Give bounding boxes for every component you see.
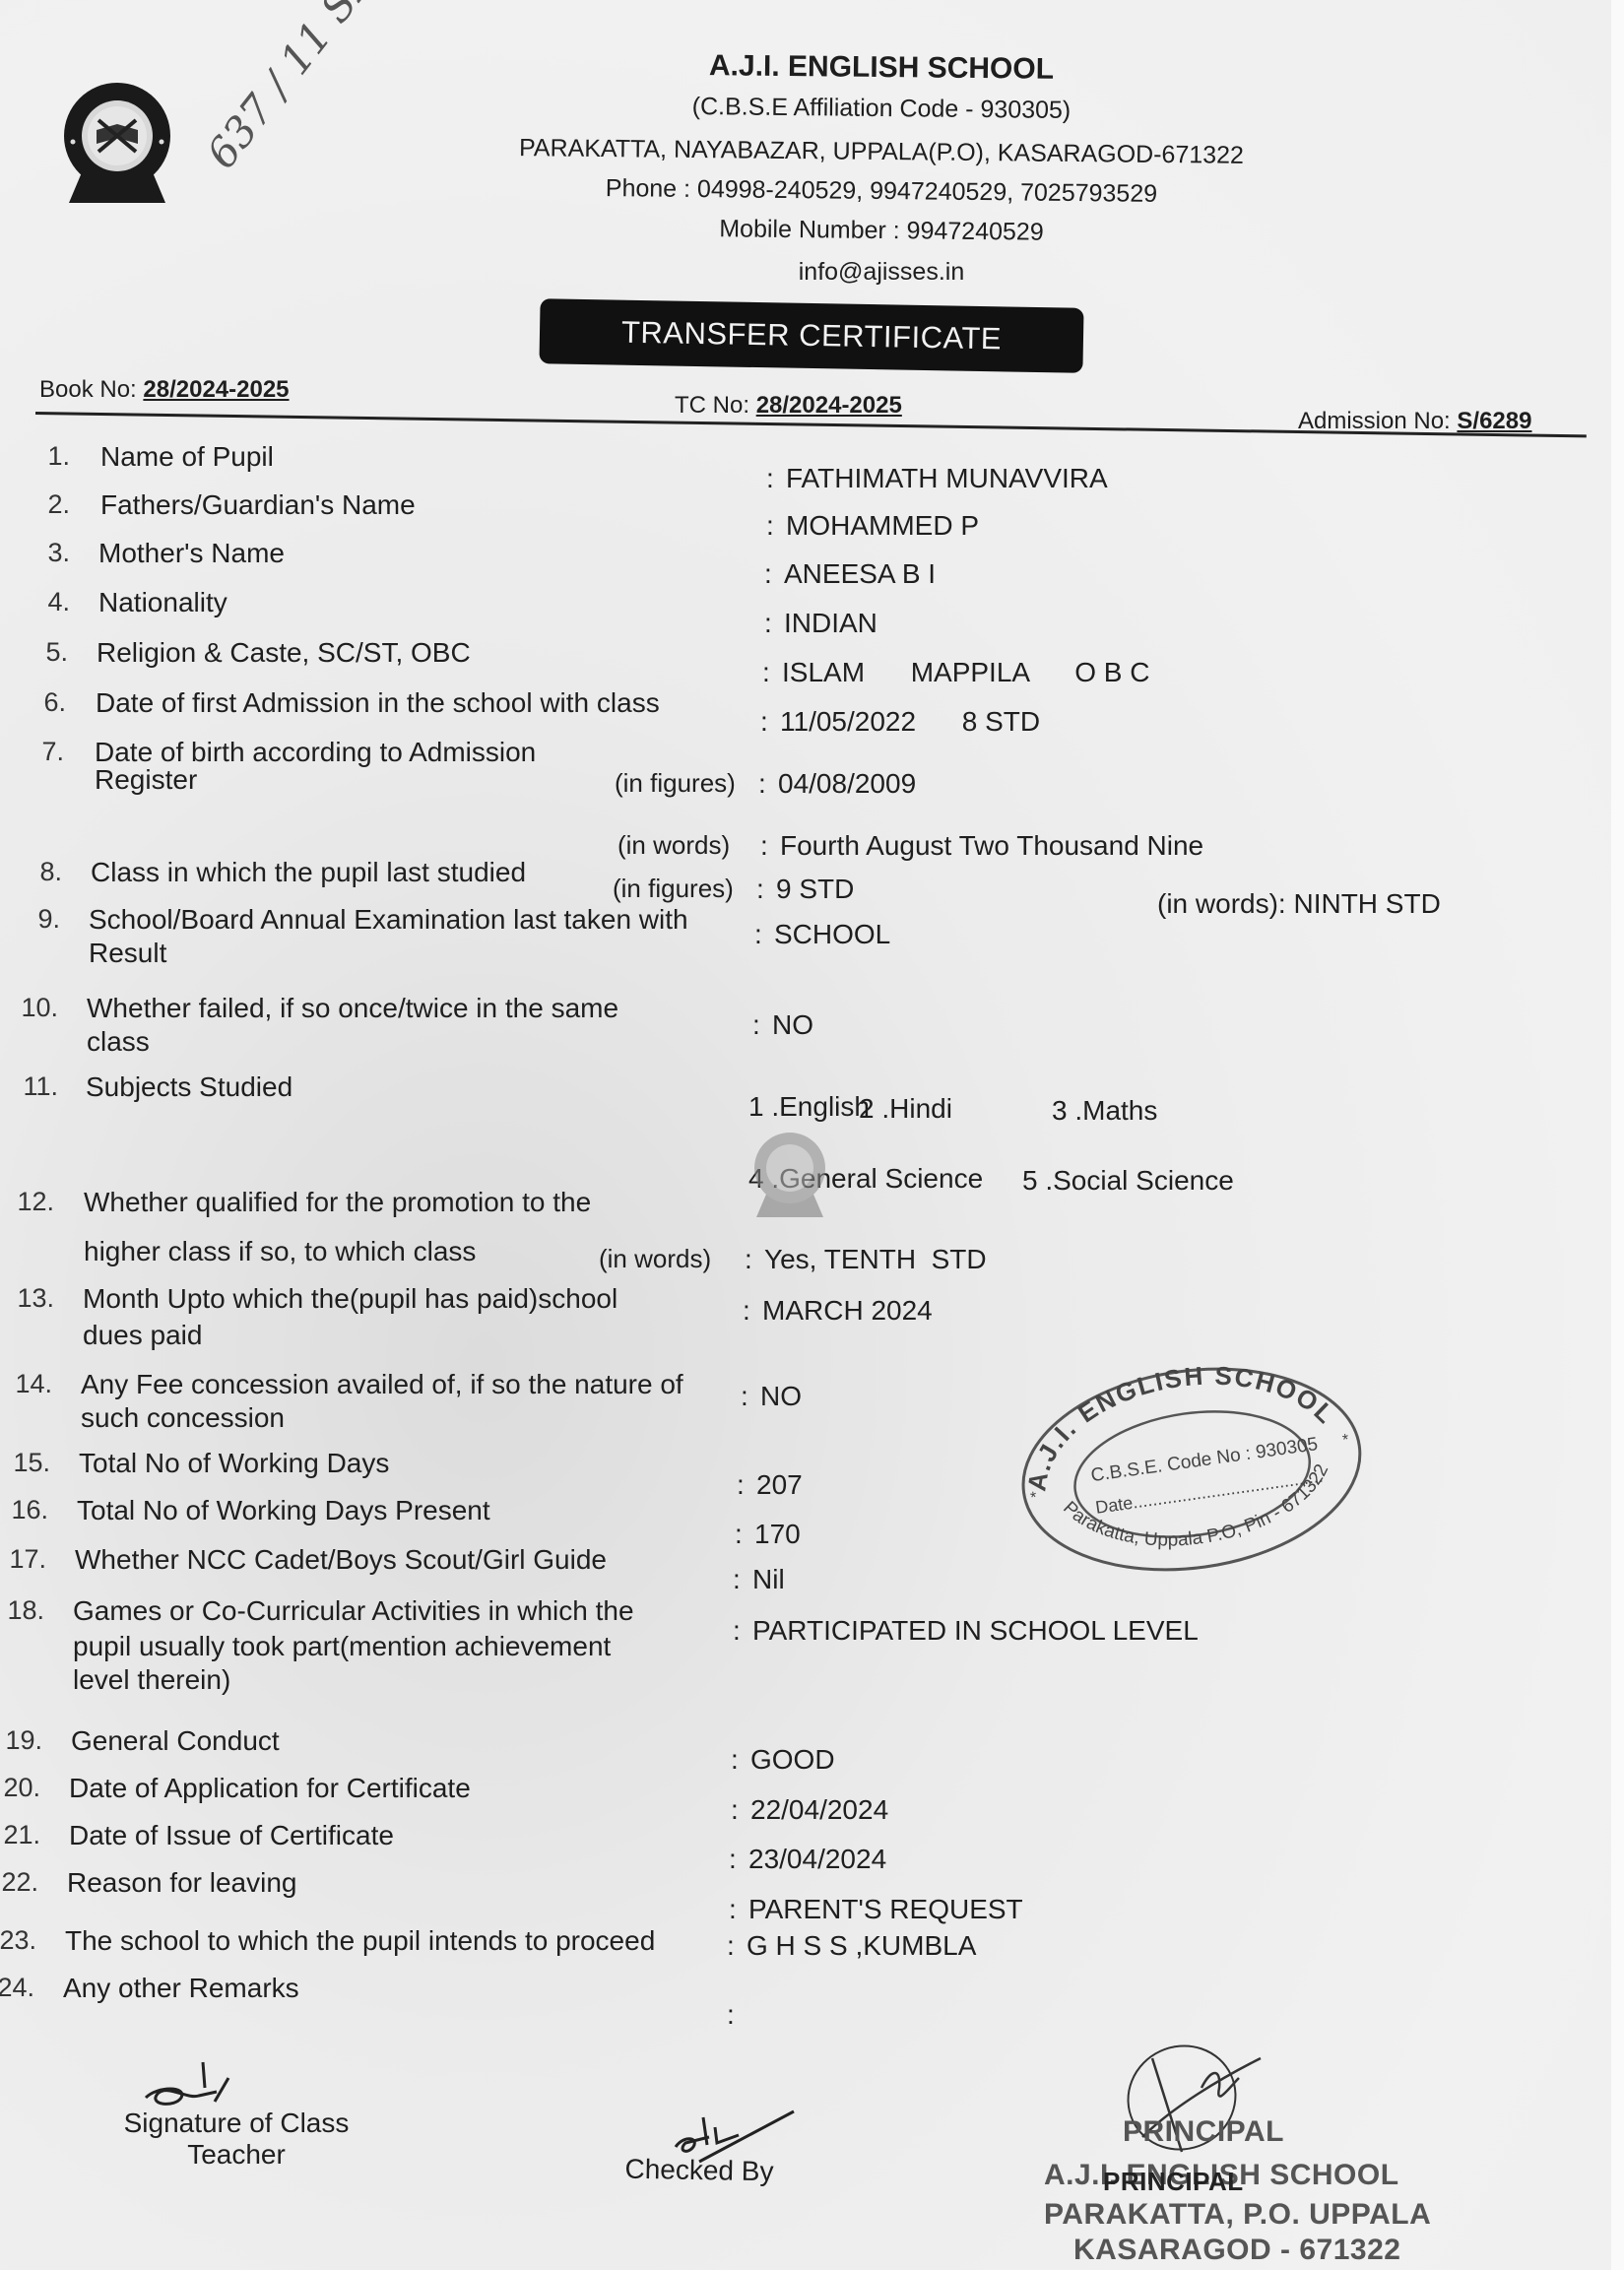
field-value: Yes, TENTH STD xyxy=(764,1244,987,1275)
field-colon: : xyxy=(766,510,774,542)
book-number: Book No: 28/2024-2025 xyxy=(39,376,290,404)
field-colon: : xyxy=(743,1295,750,1327)
svg-text:*: * xyxy=(1341,1432,1350,1450)
field-number: 14. xyxy=(0,1369,52,1399)
field-colon: : xyxy=(741,1381,748,1412)
field-colon: : xyxy=(752,1009,760,1041)
field-value: FATHIMATH MUNAVVIRA xyxy=(786,463,1108,494)
field-value: PARENT'S REQUEST xyxy=(748,1894,1023,1925)
field-label-continued: Register xyxy=(95,764,197,796)
in-figures-hint: (in figures) xyxy=(613,874,734,904)
field-label: Class in which the pupil last studied xyxy=(91,857,526,888)
field-label: Nationality xyxy=(98,587,227,618)
field-value-words: Fourth August Two Thousand Nine xyxy=(780,830,1203,862)
field-value: Nil xyxy=(752,1564,785,1595)
field-value: 04/08/2009 xyxy=(778,768,916,800)
field-label: The school to which the pupil intends to… xyxy=(65,1925,655,1957)
field-colon: : xyxy=(729,1894,737,1925)
field-label-continued: dues paid xyxy=(83,1320,202,1351)
field-label: Whether failed, if so once/twice in the … xyxy=(87,993,618,1024)
field-colon: : xyxy=(764,608,772,639)
field-number: 15. xyxy=(0,1448,50,1478)
field-colon: : xyxy=(745,1244,752,1275)
field-value: 23/04/2024 xyxy=(748,1844,886,1875)
field-colon: : xyxy=(764,558,772,590)
field-label: Mother's Name xyxy=(98,538,285,569)
field-number: 3. xyxy=(16,538,70,568)
field-number: 11. xyxy=(4,1071,58,1102)
principal-stamp-address: PARAKATTA, P.O. UPPALA xyxy=(1044,2198,1431,2232)
field-label: Whether qualified for the promotion to t… xyxy=(84,1187,591,1218)
field-colon: : xyxy=(727,1999,735,2031)
field-number: 22. xyxy=(0,1867,38,1898)
field-label-continued: level therein) xyxy=(73,1664,230,1696)
field-value: PARTICIPATED IN SCHOOL LEVEL xyxy=(752,1615,1199,1647)
field-number: 13. xyxy=(0,1283,54,1314)
field-number: 5. xyxy=(14,637,68,668)
field-number: 12. xyxy=(0,1187,54,1217)
class-teacher-label-line2: Teacher xyxy=(108,2139,364,2171)
field-colon: : xyxy=(733,1615,741,1647)
field-colon: : xyxy=(754,919,762,950)
field-label: Games or Co-Curricular Activities in whi… xyxy=(73,1595,634,1627)
field-colon: : xyxy=(756,874,764,905)
subject-item: 3 .Maths xyxy=(1052,1095,1157,1127)
field-value: 170 xyxy=(754,1519,801,1550)
field-colon: : xyxy=(733,1564,741,1595)
field-colon: : xyxy=(758,768,766,800)
field-label: General Conduct xyxy=(71,1725,280,1757)
field-value: NO xyxy=(760,1381,802,1412)
field-label: Whether NCC Cadet/Boys Scout/Girl Guide xyxy=(75,1544,607,1576)
field-value: MARCH 2024 xyxy=(762,1295,933,1327)
in-words-hint: (in words) xyxy=(599,1244,711,1274)
field-colon: : xyxy=(762,657,770,688)
field-number: 7. xyxy=(10,737,64,767)
field-label: Total No of Working Days Present xyxy=(77,1495,490,1526)
field-number: 16. xyxy=(0,1495,48,1525)
checked-by-label: Checked By xyxy=(611,2153,789,2187)
field-colon: : xyxy=(729,1844,737,1875)
admission-number-value: S/6289 xyxy=(1457,408,1531,434)
field-colon: : xyxy=(760,830,768,862)
book-number-value: 28/2024-2025 xyxy=(143,376,289,403)
field-label-continued: Result xyxy=(89,938,166,969)
field-colon: : xyxy=(731,1744,739,1776)
field-number: 18. xyxy=(0,1595,44,1626)
field-label: Any other Remarks xyxy=(63,1973,299,2004)
field-value: G H S S ,KUMBLA xyxy=(747,1930,976,1962)
field-colon: : xyxy=(735,1519,743,1550)
principal-stamp-district: KASARAGOD - 671322 xyxy=(1073,2234,1400,2267)
field-value-in-words: (in words): NINTH STD xyxy=(1157,888,1441,920)
school-email: info@ajisses.in xyxy=(0,258,1624,287)
field-number: 24. xyxy=(0,1973,34,2003)
field-label-continued: class xyxy=(87,1026,150,1058)
principal-title: PRINCIPAL xyxy=(1123,2115,1284,2149)
field-label: Name of Pupil xyxy=(100,441,274,473)
in-words-hint: (in words) xyxy=(617,830,730,861)
field-value: ISLAM MAPPILA O B C xyxy=(782,657,1149,688)
field-label-continued: higher class if so, to which class xyxy=(84,1236,476,1267)
faded-crest-icon xyxy=(750,1131,829,1219)
tc-number-value: 28/2024-2025 xyxy=(756,392,902,419)
field-label-continued: such concession xyxy=(81,1402,285,1434)
field-number: 9. xyxy=(6,904,60,935)
field-label: Subjects Studied xyxy=(86,1071,292,1103)
field-colon: : xyxy=(766,463,774,494)
field-label: Date of Application for Certificate xyxy=(69,1773,471,1804)
field-value: 9 STD xyxy=(776,874,854,905)
book-number-label: Book No: xyxy=(39,376,137,403)
field-number: 21. xyxy=(0,1820,40,1850)
field-label-continued: pupil usually took part(mention achievem… xyxy=(73,1631,611,1662)
field-number: 19. xyxy=(0,1725,42,1756)
field-value: 22/04/2024 xyxy=(750,1794,888,1826)
field-label: Reason for leaving xyxy=(67,1867,296,1899)
principal-stamp-overprint: PRINCIPAL xyxy=(1103,2167,1244,2197)
field-value: 11/05/2022 8 STD xyxy=(780,706,1040,738)
field-label: Month Upto which the(pupil has paid)scho… xyxy=(83,1283,617,1315)
field-value: ANEESA B I xyxy=(784,558,936,590)
field-label: Date of Issue of Certificate xyxy=(69,1820,394,1851)
svg-text:*: * xyxy=(1029,1489,1038,1507)
field-value: 207 xyxy=(756,1469,803,1501)
field-number: 2. xyxy=(16,489,70,520)
field-number: 23. xyxy=(0,1925,36,1956)
subject-item: 5 .Social Science xyxy=(1022,1165,1234,1197)
field-number: 17. xyxy=(0,1544,46,1575)
field-value: MOHAMMED P xyxy=(786,510,979,542)
field-colon: : xyxy=(727,1930,735,1962)
field-colon: : xyxy=(760,706,768,738)
subject-item: 1 .English xyxy=(748,1091,870,1123)
field-colon: : xyxy=(731,1794,739,1826)
field-label: Date of first Admission in the school wi… xyxy=(96,687,660,719)
field-number: 10. xyxy=(4,993,58,1023)
tc-number: TC No: 28/2024-2025 xyxy=(675,392,902,420)
field-value: SCHOOL xyxy=(774,919,890,950)
field-label: Any Fee concession availed of, if so the… xyxy=(81,1369,683,1400)
field-number: 6. xyxy=(12,687,66,718)
in-figures-hint: (in figures) xyxy=(615,768,736,799)
field-label: Religion & Caste, SC/ST, OBC xyxy=(97,637,471,669)
field-label: Total No of Working Days xyxy=(79,1448,389,1479)
field-label: School/Board Annual Examination last tak… xyxy=(89,904,688,936)
field-number: 8. xyxy=(8,857,62,887)
tc-number-label: TC No: xyxy=(675,392,749,419)
paper-edge xyxy=(1611,0,1624,2270)
certificate-title-banner: TRANSFER CERTIFICATE xyxy=(539,298,1083,373)
class-teacher-signature-label: Signature of Class Teacher xyxy=(108,2108,364,2171)
field-value: INDIAN xyxy=(784,608,877,639)
field-colon: : xyxy=(737,1469,745,1501)
subject-item: 2 .Hindi xyxy=(859,1093,952,1125)
field-number: 4. xyxy=(16,587,70,617)
class-teacher-label-line1: Signature of Class xyxy=(108,2108,364,2139)
field-value: NO xyxy=(772,1009,813,1041)
field-number: 20. xyxy=(0,1773,40,1803)
field-label: Fathers/Guardian's Name xyxy=(100,489,416,521)
field-value: GOOD xyxy=(750,1744,835,1776)
field-number: 1. xyxy=(16,441,70,472)
